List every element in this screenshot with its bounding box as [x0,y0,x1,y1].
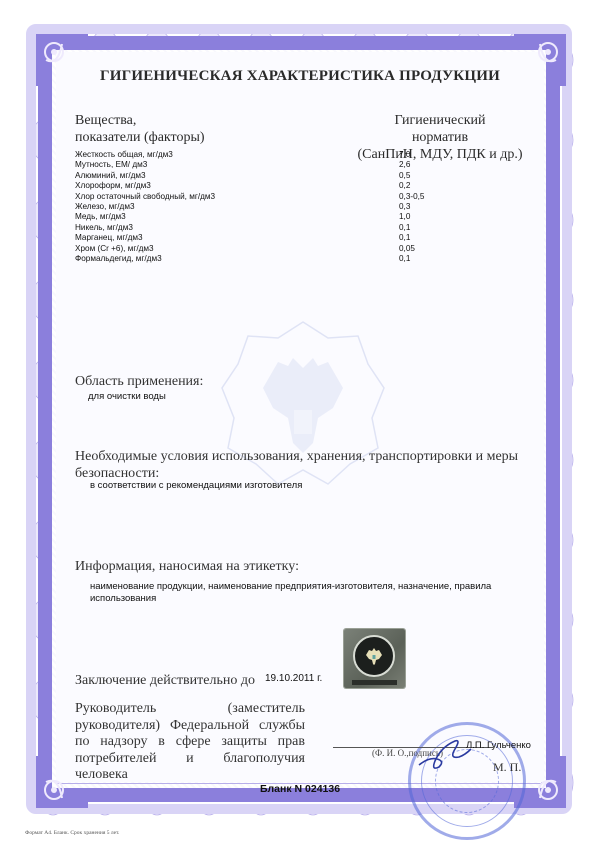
certificate-sheet: ГИГИЕНИЧЕСКАЯ ХАРАКТЕРИСТИКА ПРОДУКЦИИ В… [0,0,600,848]
seal-place-mark: М. П. [493,760,521,775]
substance-list: Жесткость общая, мг/дм3Мутность, ЕМ/ дм3… [75,150,215,264]
norm-value: 0,1 [399,233,425,243]
label-info-value: наименование продукции, наименование пре… [90,581,530,605]
header-line: Гигиенический [345,112,535,129]
signatory-name: Л.П. Гульченко [466,740,531,751]
validity-label: Заключение действительно до [75,672,255,689]
header-line: норматив [345,129,535,146]
norm-value: 0,05 [399,244,425,254]
signatory-position: Руководитель (заместитель руководителя) … [75,701,305,784]
norm-value: 0,1 [399,223,425,233]
substance-row: Железо, мг/дм3 [75,202,215,212]
document-title: ГИГИЕНИЧЕСКАЯ ХАРАКТЕРИСТИКА ПРОДУКЦИИ [0,68,600,85]
substance-row: Хром (Cr +6), мг/дм3 [75,244,215,254]
norm-value: 1,0 [399,212,425,222]
substance-row: Формальдегид, мг/дм3 [75,254,215,264]
scope-value: для очистки воды [88,391,166,403]
substance-row: Жесткость общая, мг/дм3 [75,150,215,160]
header-line: Вещества, [75,112,205,129]
substance-row: Хлор остаточный свободный, мг/дм3 [75,192,215,202]
blank-number: Бланк N 024136 [0,783,600,795]
substance-row: Медь, мг/дм3 [75,212,215,222]
norm-header: Гигиенический норматив (СанПиН, МДУ, ПДК… [345,112,535,163]
header-line: показатели (факторы) [75,129,205,146]
header-line: (СанПиН, МДУ, ПДК и др.) [345,146,535,163]
norm-list: 7,02,60,50,20,3-0,50,31,00,10,10,050,1 [399,150,425,264]
scope-label: Область применения: [75,373,203,390]
conditions-label: Необходимые условия использования, хране… [75,448,535,482]
substance-row: Алюминий, мг/дм3 [75,171,215,181]
norm-value: 0,1 [399,254,425,264]
label-info-label: Информация, наносимая на этикетку: [75,558,299,575]
norm-value: 0,5 [399,171,425,181]
substance-row: Мутность, ЕМ/ дм3 [75,160,215,170]
substance-row: Никель, мг/дм3 [75,223,215,233]
substance-row: Марганец, мг/дм3 [75,233,215,243]
footer-note: Формат А4. Бланк. Срок хранения 5 лет. [25,830,119,836]
substances-header: Вещества, показатели (факторы) [75,112,205,146]
substance-row: Хлороформ, мг/дм3 [75,181,215,191]
conditions-value: в соответствии с рекомендациями изготови… [90,480,302,492]
norm-value: 0,3 [399,202,425,212]
norm-value: 0,3-0,5 [399,192,425,202]
norm-value: 0,2 [399,181,425,191]
norm-value: 7,0 [399,150,425,160]
norm-value: 2,6 [399,160,425,170]
hologram-eagle-icon [344,629,405,688]
validity-date: 19.10.2011 г. [265,673,322,685]
